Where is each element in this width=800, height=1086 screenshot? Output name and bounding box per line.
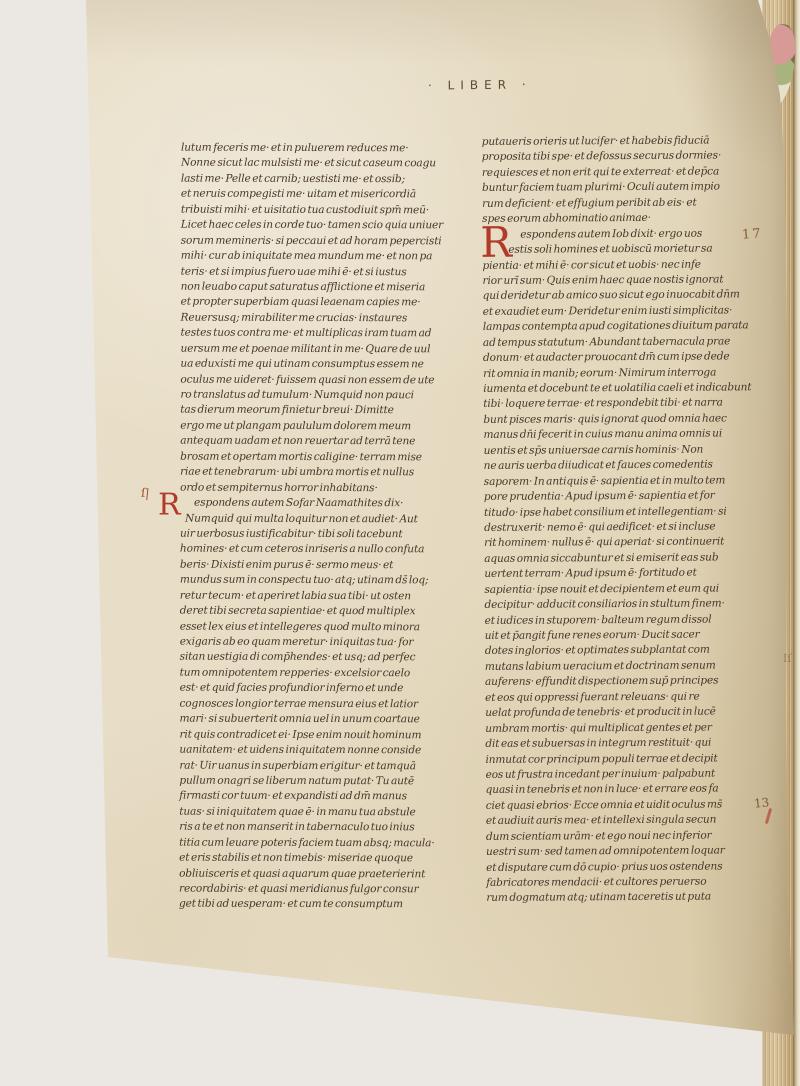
manuscript-text-line: rior urī sum· Quis enim haec quae nostis…: [482, 272, 778, 289]
manuscript-text-line: ordo et sempiternus horror inhabitans·: [180, 480, 472, 496]
manuscript-text-line: cognosces longior terrae mensura eius et…: [180, 696, 472, 712]
manuscript-photo: · LIBER · lutum feceris me· et in puluer…: [0, 0, 800, 1086]
manuscript-text-line: rum deficient· et effugium peribit ab ei…: [482, 195, 778, 212]
manuscript-text-line: sapientia· ipse nouit et decipientem et …: [484, 581, 780, 598]
manuscript-text-line: proposita tibi spe· et defossus securus …: [482, 149, 778, 166]
manuscript-text-line: sitan uestigia di comp̄hendes· et usq; a…: [180, 650, 472, 666]
manuscript-text-line: et eos qui oppressi fuerant releuans· qu…: [485, 689, 781, 706]
manuscript-text-line: dotes inglorios· et optimates subplantat…: [485, 643, 781, 660]
manuscript-text-line: donum· et audacter prouocant dm̄ cum ips…: [483, 349, 779, 366]
text-section-with-initial: Respondens autem Sofar Naamathites dix·N…: [179, 496, 472, 914]
parchment-page: · LIBER · lutum feceris me· et in puluer…: [0, 0, 800, 1086]
manuscript-text-line: ris a te et non manserit in tabernaculo …: [179, 820, 471, 836]
manuscript-text-line: espondens autem Iob dixit· ergo uos: [482, 226, 778, 243]
manuscript-text-line: titia cum leuare poteris faciem tuam abs…: [179, 835, 471, 851]
manuscript-text-line: espondens autem Sofar Naamathites dix·: [180, 496, 472, 512]
manuscript-text-line: Nonne sicut lac mulsisti me· et sicut ca…: [181, 156, 473, 172]
marginal-faint-mark: Iſ: [783, 652, 791, 665]
manuscript-text-line: et audiuit auris mea· et intellexi singu…: [486, 812, 782, 829]
manuscript-text-line: mari· si subuerterit omnia uel in unum c…: [179, 712, 471, 728]
manuscript-text-line: tum omnipotentem repperies· excelsior ca…: [180, 665, 472, 681]
manuscript-text-line: ciet quasi ebrios· Ecce omnia et uidit o…: [486, 797, 782, 814]
manuscript-text-line: testes tuos contra me· et multiplicas ir…: [180, 326, 472, 342]
manuscript-text-line: tuas· si iniquitatem quae ē· in manu tua…: [179, 804, 471, 820]
manuscript-text-line: et neruis compegisti me· uitam et miseri…: [181, 187, 473, 203]
manuscript-text-line: retur tecum· et aperiret labia sua tibi·…: [180, 588, 472, 604]
manuscript-text-line: dit eas et subuersas in integrum restitu…: [485, 735, 781, 752]
manuscript-text-line: saporem· In antiquis ē· sapientia et in …: [484, 473, 780, 490]
manuscript-text-line: inmutat cor principum populi terrae et d…: [485, 751, 781, 768]
manuscript-text-line: titudo· ipse habet consilium et intelleg…: [484, 504, 780, 521]
manuscript-text-line: est· et quid facies profundior inferno e…: [180, 681, 472, 697]
rubric-initial: R: [158, 491, 181, 521]
manuscript-text-line: pullum onagri se liberum natum putat· Tu…: [179, 774, 471, 790]
manuscript-text-line: antequam uadam et non reuertar ad terrā …: [180, 434, 472, 450]
manuscript-text-line: riae et tenebrarum· ubi umbra mortis et …: [180, 465, 472, 481]
manuscript-text-line: requiesces et non erit qui te exterreat·…: [482, 164, 778, 181]
manuscript-text-line: recordabiris· et quasi meridianus fulgor…: [179, 882, 471, 898]
manuscript-text-line: lampas contempta apud cogitationes diuit…: [483, 318, 779, 335]
manuscript-text-line: uertent terram· Apud ipsum ē· fortitudo …: [484, 565, 780, 582]
manuscript-text-line: mutans labium ueracium et doctrinam senu…: [485, 658, 781, 675]
manuscript-text-line: eos ut frustra incedant per inuium· palp…: [486, 766, 782, 783]
manuscript-text-line: Licet haec celes in corde tuo· tamen sci…: [181, 218, 473, 234]
manuscript-text-line: get tibi ad uesperam· et cum te consumpt…: [179, 897, 471, 913]
manuscript-text-line: deret tibi secreta sapientiae· et quod m…: [180, 604, 472, 620]
manuscript-text-line: mihi· cur ab iniquitate mea mundum me· e…: [181, 249, 473, 265]
marginal-chapter-mark-right: 17: [742, 226, 764, 242]
manuscript-text-line: teris· et si impius fuero uae mihi ē· et…: [181, 264, 473, 280]
manuscript-text-line: bunt pisces maris· quis ignorat quod omn…: [483, 411, 779, 428]
manuscript-text-line: ua eduxisti me qui utinam consumptus ess…: [180, 357, 472, 373]
manuscript-text-line: uestri sum· sed tamen ad omnipotentem lo…: [486, 843, 782, 860]
manuscript-text-line: rat· Uir uanus in superbiam erigitur· et…: [179, 758, 471, 774]
manuscript-text-line: tas dierum meorum finietur breui· Dimitt…: [180, 403, 472, 419]
manuscript-text-line: uersum me et poenae militant in me· Quar…: [180, 341, 472, 357]
manuscript-text-line: oculus me uideret· fuissem quasi non ess…: [180, 372, 472, 388]
text-section: lutum feceris me· et in puluerem reduces…: [180, 141, 473, 497]
manuscript-text-line: rit omnia in manib; eorum· Nimirum inter…: [483, 365, 779, 382]
manuscript-text-line: brosam et opertam mortis caligine· terra…: [180, 449, 472, 465]
manuscript-text-line: dum scientiam urām· et ego noui nec infe…: [486, 828, 782, 845]
manuscript-text-line: Reuersusq; mirabiliter me crucias· insta…: [181, 310, 473, 326]
manuscript-text-line: firmasti cor tuum· et expandisti ad dm̄ …: [179, 789, 471, 805]
manuscript-text-line: putaueris orieris ut lucifer· et habebis…: [482, 133, 778, 150]
manuscript-text-line: manus dn̄i fecerit in cuius manu anima o…: [483, 426, 779, 443]
manuscript-text-line: mundus sum in conspectu tuo· atq; utinam…: [180, 573, 472, 589]
manuscript-text-line: pientia· et mihi ē· cor sicut et uobis· …: [482, 257, 778, 274]
manuscript-text-line: Numquid qui multa loquitur non et audiet…: [180, 511, 472, 527]
manuscript-text-line: tibi· loquere terrae· et respondebit tib…: [483, 396, 779, 413]
manuscript-text-line: decipitur· adducit consiliarios in stult…: [484, 596, 780, 613]
manuscript-text-line: lutum feceris me· et in puluerem reduces…: [181, 141, 473, 157]
outer-page-edge: [793, 0, 800, 1086]
manuscript-text-line: ne auris uerba diiudicat et fauces comed…: [484, 457, 780, 474]
manuscript-text-line: umbram mortis· qui multiplicat gentes et…: [485, 720, 781, 737]
running-title: · LIBER ·: [428, 77, 532, 92]
text-section-with-initial: Respondens autem Iob dixit· ergo uosesti…: [482, 226, 782, 907]
text-column-left: lutum feceris me· et in puluerem reduces…: [179, 141, 473, 914]
manuscript-text-line: qui deridetur ab amico suo sicut ego inu…: [483, 287, 779, 304]
manuscript-text-line: sorum memineris· si peccaui et ad horam …: [181, 233, 473, 249]
manuscript-text-line: et propter superbiam quasi leaenam capie…: [181, 295, 473, 311]
manuscript-text-line: ergo me ut plangam paululum dolorem meum: [180, 418, 472, 434]
manuscript-text-line: fabricatores mendacii· et cultores perue…: [486, 874, 782, 891]
manuscript-text-line: exigaris ab eo quam meretur· iniquitas t…: [180, 635, 472, 651]
manuscript-text-line: iumenta et docebunt te et uolatilia cael…: [483, 380, 779, 397]
manuscript-text-line: rit hominem· nullus ē· qui aperiat· si c…: [484, 534, 780, 551]
manuscript-text-line: aquas omnia siccabuntur et si emiserit e…: [484, 550, 780, 567]
manuscript-text-line: uanitatem· et uidens iniquitatem nonne c…: [179, 743, 471, 759]
manuscript-text-line: non leuabo caput saturatus afflictione e…: [181, 280, 473, 296]
manuscript-text-line: uir uerbosus iustificabitur· tibi soli t…: [180, 527, 472, 543]
text-section: putaueris orieris ut lucifer· et habebis…: [482, 133, 779, 227]
rubric-initial: R: [480, 223, 512, 261]
marginal-chapter-mark-lower: 13: [753, 795, 770, 811]
text-column-right: putaueris orieris ut lucifer· et habebis…: [482, 133, 783, 907]
manuscript-text-line: rit quis contradicet ei· Ipse enim nouit…: [179, 727, 471, 743]
manuscript-text-line: obliuisceris et quasi aquarum quae praet…: [179, 866, 471, 882]
manuscript-text-line: uit et p̄angit fune renes eorum· Ducit s…: [485, 627, 781, 644]
marginal-chapter-mark-left: ſ|: [140, 486, 150, 501]
manuscript-text-line: et disputare cum dō cupio· prius uos ost…: [486, 859, 782, 876]
manuscript-text-line: auferens· effundit dispectionem sup̄ pri…: [485, 673, 781, 690]
manuscript-text-line: beris· Dixisti enim purus ē· sermo meus·…: [180, 557, 472, 573]
manuscript-text-line: quasi in tenebris et non in luce· et err…: [486, 781, 782, 798]
manuscript-text-line: et iudices in stuporem· balteum regum di…: [485, 612, 781, 629]
manuscript-text-line: pore prudentia· Apud ipsum ē· sapientia …: [484, 488, 780, 505]
manuscript-text-line: estis soli homines et uobiscū morietur s…: [482, 241, 778, 258]
manuscript-text-line: ad tempus statutum· Abundant tabernacula…: [483, 334, 779, 351]
manuscript-text-line: destruxerit· nemo ē· qui aedificet· et s…: [484, 519, 780, 536]
manuscript-text-line: uelat profunda de tenebris· et producit …: [485, 704, 781, 721]
manuscript-text-line: rum dogmatum atq; utinam taceretis ut pu…: [486, 890, 782, 907]
manuscript-text-line: esset lex eius et intellegeres quod mult…: [180, 619, 472, 635]
manuscript-text-line: homines· et cum ceteros inriseris a null…: [180, 542, 472, 558]
manuscript-text-line: uentis et sp̄s uniuersae carnis hominis·…: [484, 442, 780, 459]
manuscript-text-line: spes eorum abhominatio animae·: [482, 210, 778, 227]
manuscript-text-line: et eris stabilis et non timebis· miseria…: [179, 851, 471, 867]
manuscript-text-line: et exaudiet eum· Deridetur enim iusti si…: [483, 303, 779, 320]
manuscript-text-line: buntur faciem tuam plurimi· Oculi autem …: [482, 179, 778, 196]
manuscript-text-line: tribuisti mihi· et uisitatio tua custodi…: [181, 202, 473, 218]
manuscript-text-line: lasti me· Pelle et carnib; uestisti me· …: [181, 171, 473, 187]
manuscript-text-line: ro translatus ad tumulum· Numquid non pa…: [180, 388, 472, 404]
